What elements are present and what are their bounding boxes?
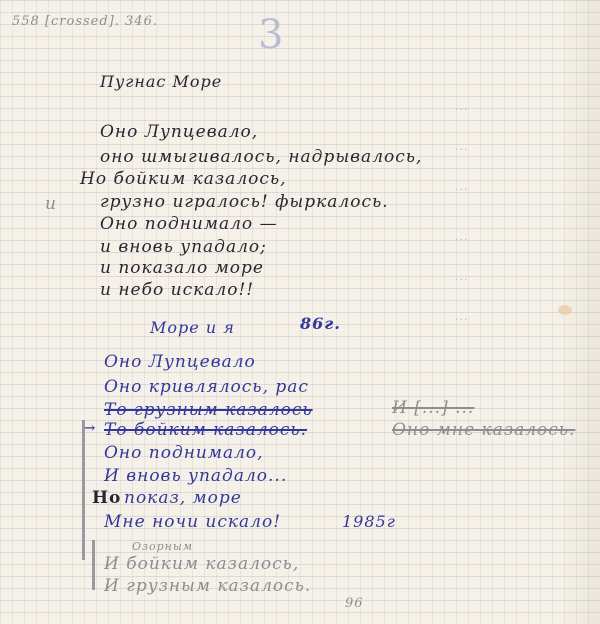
poem1-line: грузно игралось! фыркалось. <box>100 192 389 212</box>
pencil-mark: 3 <box>258 12 284 58</box>
poem2-year: 1985г <box>342 512 396 531</box>
poem1-line: и небо искало!! <box>100 280 254 300</box>
margin-note-line: И [...] ... <box>392 398 474 418</box>
margin-note-line: Оно мне казалось. <box>392 420 575 440</box>
poem1-line: оно шмыгивалось, надрывалось, <box>100 147 422 167</box>
tail-line: И грузным казалось. <box>104 576 311 596</box>
poem1-title: Пугнас Море <box>100 72 222 91</box>
bleed-text: ... <box>455 140 469 153</box>
poem2-line: показ, море <box>124 488 242 508</box>
poem2-prefix: Но <box>92 488 121 508</box>
bleed-text: ... <box>455 310 469 323</box>
poem2-line: Оно поднимало, <box>104 443 264 463</box>
poem2-line: И вновь упадало... <box>104 466 287 486</box>
poem1-line: Оно поднимало — <box>100 214 278 234</box>
poem1-line: и показало море <box>100 258 264 278</box>
tail-line-above: Озорным <box>132 540 193 553</box>
page-reference: 558 [crossed]. 346. <box>12 14 158 29</box>
bleed-text: ... <box>455 270 469 283</box>
poem2-date-mark: 86г. <box>300 314 341 333</box>
poem2-line: Мне ночи искало! <box>104 512 281 532</box>
tail-line: И бойким казалось, <box>104 554 299 574</box>
poem2-line: Оно кривлялось, рас <box>104 377 309 397</box>
margin-bracket <box>82 420 85 560</box>
bleed-text: ... <box>455 180 469 193</box>
bleed-text: ... <box>455 100 469 113</box>
paper-stain <box>558 305 572 315</box>
poem2-line: Оно Лупцевало <box>104 352 256 372</box>
poem2-line-struck: То грузным казалось <box>104 400 313 420</box>
poem1-line: Но бойким казалось, <box>80 169 287 189</box>
manuscript-page: 558 [crossed]. 346. 3 Пугнас Море Оно Лу… <box>0 0 600 624</box>
bleed-text: ... <box>455 230 469 243</box>
poem1-line: и вновь упадало; <box>100 237 267 257</box>
page-number: 96 <box>345 596 364 611</box>
poem1-line: Оно Лупцевало, <box>100 122 258 142</box>
poem2-title: Море и я <box>150 318 235 337</box>
poem2-line-struck: То бойким казалось. <box>104 420 307 440</box>
poem1-prefix: и <box>45 194 57 214</box>
margin-bracket <box>92 540 95 590</box>
